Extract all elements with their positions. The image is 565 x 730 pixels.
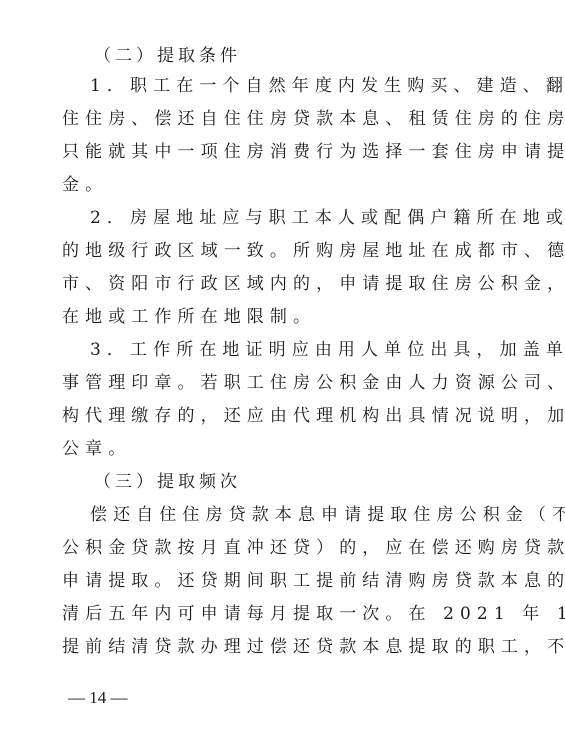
section-heading-conditions: （二）提取条件 bbox=[94, 42, 241, 70]
frequency-paragraph-line-5: 提前结清贷款办理过偿还贷款本息提取的职工，不得以该套住 bbox=[62, 633, 528, 661]
section-heading-frequency: （三）提取频次 bbox=[94, 468, 241, 496]
frequency-paragraph-line-3: 申请提取。还贷期间职工提前结清购房贷款本息的，在贷款结 bbox=[62, 567, 528, 595]
paragraph-3-line-2: 事管理印章。若职工住房公积金由人力资源公司、劳务派遣机 bbox=[62, 369, 528, 397]
frequency-paragraph-line-4: 清后五年内可申请每月提取一次。在 2021 年 10 月 8 日前，以 bbox=[62, 600, 528, 628]
paragraph-1-line-2: 住住房、偿还自住住房贷款本息、租赁住房的住房消费行为的， bbox=[62, 105, 528, 133]
frequency-paragraph-line-1: 偿还自住住房贷款本息申请提取住房公积金（不含本中心 bbox=[90, 501, 528, 529]
paragraph-1-line-4: 金。 bbox=[62, 171, 528, 199]
paragraph-2-line-2: 的地级行政区域一致。所购房屋地址在成都市、德阳市、眉山 bbox=[62, 237, 528, 265]
paragraph-3-line-4: 公章。 bbox=[62, 435, 528, 463]
paragraph-3-line-1: 3．工作所在地证明应由用人单位出具，加盖单位公章或人 bbox=[90, 336, 528, 364]
paragraph-2-line-3: 市、资阳市行政区域内的，申请提取住房公积金，不受户籍所 bbox=[62, 270, 528, 298]
document-page: （二）提取条件 1．职工在一个自然年度内发生购买、建造、翻建、大修自 住住房、偿… bbox=[0, 0, 565, 730]
frequency-paragraph-line-2: 公积金贷款按月直冲还贷）的，应在偿还购房贷款满一个月后 bbox=[62, 534, 528, 562]
paragraph-1-line-3: 只能就其中一项住房消费行为选择一套住房申请提取住房公积 bbox=[62, 138, 528, 166]
paragraph-3-line-3: 构代理缴存的，还应由代理机构出具情况说明，加盖代理机构 bbox=[62, 402, 528, 430]
paragraph-1-line-1: 1．职工在一个自然年度内发生购买、建造、翻建、大修自 bbox=[90, 72, 528, 100]
paragraph-2-line-1: 2．房屋地址应与职工本人或配偶户籍所在地或工作所在地 bbox=[90, 204, 528, 232]
paragraph-2-line-4: 在地或工作所在地限制。 bbox=[62, 303, 528, 331]
page-number: — 14 — bbox=[68, 688, 128, 708]
